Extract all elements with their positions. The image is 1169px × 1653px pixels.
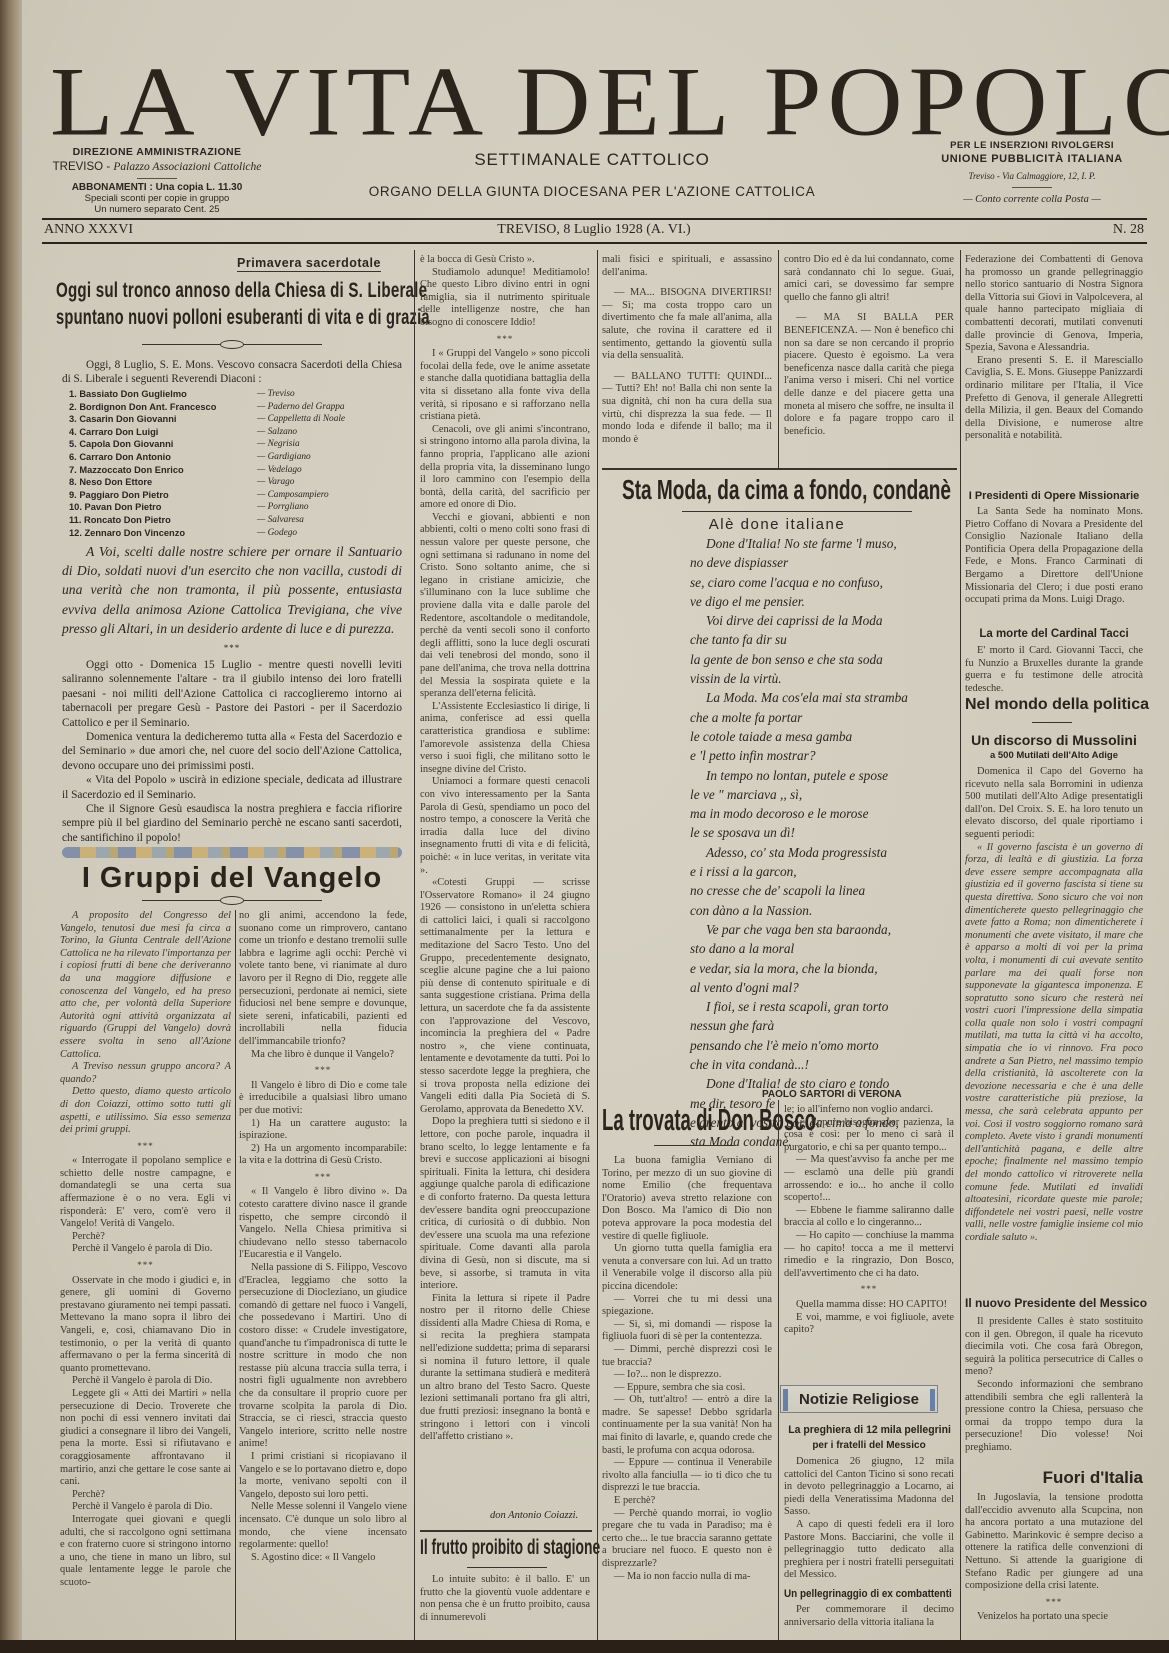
gruppi-col-2: no gli animi, accendono la fede, suonano… <box>239 910 407 1564</box>
presidenti-body: La Santa Sede ha nominato Mons. Pietro C… <box>965 506 1143 607</box>
priest-row: 11. Roncato Don Pietro— Salvaresa <box>69 514 399 527</box>
primavera-headline-1: Oggi sul tronco annoso della Chiesa di S… <box>56 280 402 301</box>
poem-body: Done d'Italia! No ste farme 'l muso, no … <box>690 534 950 1152</box>
masthead-right-box: PER LE INSERZIONI RIVOLGERSI UNIONE PUBB… <box>917 140 1147 205</box>
bosco-headline: La trovata di Don Bosco <box>602 1104 776 1135</box>
notizie-item2-body: Per commemorare il decimo anniversario d… <box>784 1604 954 1629</box>
notizie-religiose-box: Notizie Religiose <box>780 1385 938 1413</box>
single-issue-price: Un numero separato Cent. 25 <box>42 204 272 215</box>
masthead-organ: ORGANO DELLA GIUNTA DIOCESANA PER L'AZIO… <box>302 184 882 199</box>
section-rule <box>602 468 957 470</box>
priest-list: 1. Bassiato Don Guglielmo— Treviso 2. Bo… <box>69 388 399 539</box>
priest-row: 12. Zennaro Don Vincenzo— Godego <box>69 527 399 540</box>
bosco-col-2: le; io all'inferno non voglio andarci. —… <box>784 1104 954 1337</box>
primavera-body: Oggi otto - Domenica 15 Luglio - mentre … <box>62 658 402 845</box>
column-rule <box>960 250 961 1640</box>
gruppi-col-1: A proposito del Congresso del Vangelo, t… <box>60 910 231 1589</box>
gruppi-col-3: è la bocca di Gesù Cristo ». Studiamolo … <box>420 254 590 1444</box>
poem-byline: PAOLO SARTORI di VERONA <box>762 1089 902 1100</box>
page-bottom-edge <box>0 1640 1169 1653</box>
mussolini-headline: Un discorso di Mussolini <box>965 732 1143 748</box>
divider <box>1012 187 1052 188</box>
priest-row: 7. Mazzoccato Don Enrico— Vedelago <box>69 464 399 477</box>
notizie-item1-subheadline: per i fratelli del Messico <box>784 1440 954 1451</box>
priest-row: 6. Carraro Don Antonio— Gardigiano <box>69 451 399 464</box>
ornament-divider <box>142 340 322 350</box>
priest-row: 10. Pavan Don Pietro— Porrgliano <box>69 501 399 514</box>
ballo-col-2: contro Dio ed è da lui condannato, come … <box>784 254 954 438</box>
moda-headline: Sta Moda, da cima a fondo, condanè <box>622 476 942 504</box>
masthead-left-box: DIREZIONE AMMINISTRAZIONE TREVISO - Pala… <box>42 146 272 215</box>
genova-article: Federazione dei Combattenti di Genova ha… <box>965 254 1143 443</box>
ornament-divider <box>467 1563 547 1573</box>
direction-label: DIREZIONE AMMINISTRAZIONE <box>42 146 272 158</box>
ornament-divider <box>1032 718 1072 728</box>
messico-body: Il presidente Calles è stato sostituito … <box>965 1316 1143 1455</box>
priest-row: 1. Bassiato Don Guglielmo— Treviso <box>69 388 399 401</box>
mussolini-subheadline: a 500 Mutilati dell'Alto Adige <box>965 750 1143 761</box>
priest-row: 3. Casarin Don Giovanni— Cappelletta di … <box>69 413 399 426</box>
direction-address: TREVISO - Palazzo Associazioni Cattolich… <box>42 161 272 173</box>
article-signature: don Antonio Coiazzi. <box>490 1510 578 1521</box>
column-rule <box>597 250 598 1640</box>
masthead-title: LA VITA DEL POPOLO <box>50 55 1120 150</box>
notizie-item1-headline: La preghiera di 12 mila pellegrini <box>788 1424 950 1436</box>
tacci-headline: La morte del Cardinal Tacci <box>965 628 1143 640</box>
issue-number: N. 28 <box>1113 222 1144 238</box>
primavera-headline-2: spuntano nuovi polloni esuberanti di vit… <box>56 307 392 328</box>
section-rule <box>420 1530 592 1532</box>
notizie-item2-headline: Un pellegrinaggio di ex combattenti <box>784 1588 937 1600</box>
primavera-intro: Oggi, 8 Luglio, S. E. Mons. Vescovo cons… <box>62 358 402 386</box>
ads-agency: UNIONE PUBBLICITÀ ITALIANA <box>917 153 1147 165</box>
newspaper-page: LA VITA DEL POPOLO DIREZIONE AMMINISTRAZ… <box>22 0 1169 1640</box>
priest-row: 8. Neso Don Ettore— Varago <box>69 476 399 489</box>
primavera-italic-paragraph: A Voi, scelti dalle nostre schiere per o… <box>62 542 402 638</box>
decorative-wave-border <box>62 847 402 858</box>
issue-date: TREVISO, 8 Luglio 1928 (A. VI.) <box>44 222 1144 238</box>
ads-label: PER LE INSERZIONI RIVOLGERSI <box>917 140 1147 151</box>
section-stars: *** <box>62 643 402 653</box>
notizie-item1-body: Domenica 26 giugno, 12 mila cattolici de… <box>784 1456 954 1582</box>
column-rule <box>414 250 415 1640</box>
poem-title: Alè done italiane <box>622 516 932 533</box>
mussolini-body: Domenica il Capo del Governo ha ricevuto… <box>965 766 1143 1245</box>
frutto-headline: Il frutto proibito di stagione <box>420 1537 592 1558</box>
masthead-center: SETTIMANALE CATTOLICO ORGANO DELLA GIUNT… <box>302 150 882 199</box>
dateline: ANNO XXXVI TREVISO, 8 Luglio 1928 (A. VI… <box>44 222 1144 242</box>
masthead-subtitle: SETTIMANALE CATTOLICO <box>302 150 882 170</box>
ornament-divider <box>142 896 322 906</box>
priest-row: 5. Capola Don Giovanni— Negrisia <box>69 438 399 451</box>
ballo-col-1: mali fisici e spirituali, e assassino de… <box>602 254 772 446</box>
masthead-rule <box>42 218 1147 220</box>
article-kicker: Primavera sacerdotale <box>237 256 381 272</box>
fuori-italia-headline: Fuori d'Italia <box>965 1468 1143 1488</box>
column-rule <box>235 910 236 1640</box>
ads-address: Treviso - Via Calmaggiore, 12, I. P. <box>917 171 1147 181</box>
dateline-rule <box>42 242 1147 244</box>
tacci-body: E' morto il Card. Giovanni Tacci, che fu… <box>965 645 1143 695</box>
priest-row: 9. Paggiaro Don Pietro— Camposampiero <box>69 489 399 502</box>
fuori-italia-body: In Jugoslavia, la tensione prodotta dall… <box>965 1492 1143 1624</box>
messico-headline: Il nuovo Presidente del Messico <box>965 1296 1143 1310</box>
column-rule <box>778 1100 779 1640</box>
priest-row: 4. Carraro Don Luigi— Salzano <box>69 426 399 439</box>
subscription-price: ABBONAMENTI : Una copia L. 11.30 <box>42 182 272 193</box>
divider <box>137 178 177 179</box>
notizie-title: Notizie Religiose <box>781 1391 937 1408</box>
ornament-divider <box>654 1141 734 1151</box>
presidenti-headline: I Presidenti di Opere Missionarie <box>965 490 1143 502</box>
book-binding <box>0 0 22 1653</box>
group-discount: Speciali sconti per copie in gruppo <box>42 193 272 204</box>
postal-account: — Conto corrente colla Posta — <box>917 194 1147 205</box>
frutto-body: Lo intuite subito: è il ballo. E' un fru… <box>420 1574 590 1624</box>
politica-headline: Nel mondo della politica <box>965 696 1143 714</box>
priest-row: 2. Bordignon Don Ant. Francesco— Paderno… <box>69 401 399 414</box>
column-rule <box>778 250 779 470</box>
bosco-col-1: La buona famiglia Verniano di Torino, pe… <box>602 1155 772 1583</box>
gruppi-title: I Gruppi del Vangelo <box>62 862 402 895</box>
